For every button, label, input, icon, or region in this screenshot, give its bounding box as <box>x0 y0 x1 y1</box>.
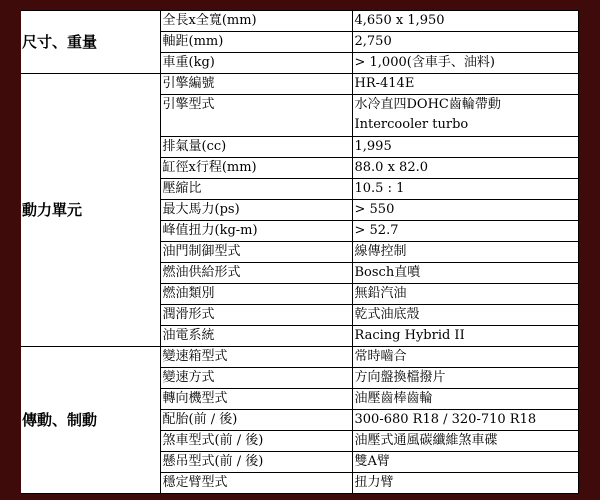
spec-label: 排氣量(cc) <box>160 137 352 158</box>
spec-value: 雙A臂 <box>352 452 578 473</box>
spec-value: 方向盤換檔撥片 <box>352 368 578 389</box>
spec-label: 軸距(mm) <box>160 32 352 53</box>
spec-value: > 52.7 <box>352 221 578 242</box>
spec-value: > 550 <box>352 200 578 221</box>
spec-label: 油門制御型式 <box>160 242 352 263</box>
section-title-drivetrain-brakes: 傳動、制動 <box>21 347 160 494</box>
spec-label: 煞車型式(前 / 後) <box>160 431 352 452</box>
spec-label: 全長x全寬(mm) <box>160 11 352 32</box>
table-row: 尺寸、重量 全長x全寬(mm) 4,650 x 1,950 <box>21 11 578 32</box>
spec-label: 轉向機型式 <box>160 389 352 410</box>
spec-label: 引擎編號 <box>160 74 352 95</box>
table-row: 傳動、制動 變速箱型式 常時嚙合 <box>21 347 578 368</box>
spec-label: 峰值扭力(kg-m) <box>160 221 352 242</box>
spec-value-multiline: 水冷直四DOHC齒輪帶動 Intercooler turbo <box>352 95 578 137</box>
spec-label: 車重(kg) <box>160 53 352 74</box>
spec-value: 扭力臂 <box>352 473 578 494</box>
spec-value: 10.5 : 1 <box>352 179 578 200</box>
spec-value-line1: 水冷直四DOHC齒輪帶動 <box>355 95 578 115</box>
table-row: 動力單元 引擎編號 HR-414E <box>21 74 578 95</box>
spec-label: 燃油類別 <box>160 284 352 305</box>
spec-label: 配胎(前 / 後) <box>160 410 352 431</box>
spec-label: 變速方式 <box>160 368 352 389</box>
spec-label: 壓縮比 <box>160 179 352 200</box>
spec-table: 尺寸、重量 全長x全寬(mm) 4,650 x 1,950 軸距(mm) 2,7… <box>21 10 579 494</box>
spec-value: HR-414E <box>352 74 578 95</box>
spec-value: > 1,000(含車手、油料) <box>352 53 578 74</box>
spec-value: 2,750 <box>352 32 578 53</box>
spec-value: 4,650 x 1,950 <box>352 11 578 32</box>
spec-value: 無鉛汽油 <box>352 284 578 305</box>
spec-value: 300-680 R18 / 320-710 R18 <box>352 410 578 431</box>
spec-value: 1,995 <box>352 137 578 158</box>
spec-label: 燃油供給形式 <box>160 263 352 284</box>
spec-label: 懸吊型式(前 / 後) <box>160 452 352 473</box>
spec-label: 引擎型式 <box>160 95 352 137</box>
spec-label: 缸徑x行程(mm) <box>160 158 352 179</box>
spec-value: 線傳控制 <box>352 242 578 263</box>
spec-label: 變速箱型式 <box>160 347 352 368</box>
spec-value: 88.0 x 82.0 <box>352 158 578 179</box>
spec-value: 油壓式通風碳纖維煞車碟 <box>352 431 578 452</box>
spec-value: Bosch直噴 <box>352 263 578 284</box>
spec-label: 潤滑形式 <box>160 305 352 326</box>
spec-value: Racing Hybrid II <box>352 326 578 347</box>
spec-value-line2: Intercooler turbo <box>355 115 578 135</box>
section-title-powertrain: 動力單元 <box>21 74 160 347</box>
spec-value: 乾式油底殼 <box>352 305 578 326</box>
section-title-dimensions: 尺寸、重量 <box>21 11 160 74</box>
spec-value: 油壓齒棒齒輪 <box>352 389 578 410</box>
spec-value: 常時嚙合 <box>352 347 578 368</box>
spec-label: 穩定臂型式 <box>160 473 352 494</box>
spec-label: 最大馬力(ps) <box>160 200 352 221</box>
spec-label: 油電系統 <box>160 326 352 347</box>
